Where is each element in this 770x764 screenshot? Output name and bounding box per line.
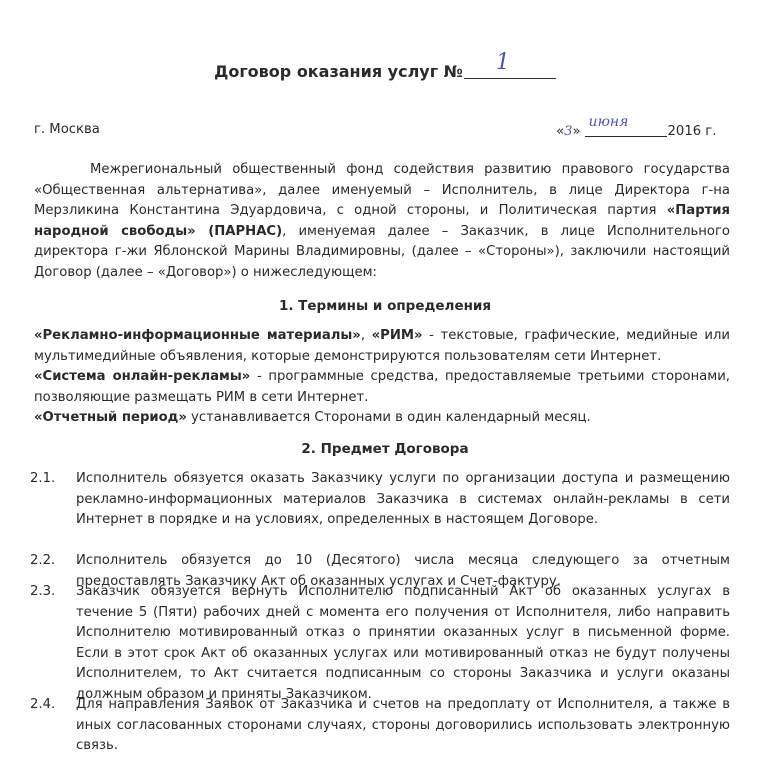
handwritten-month: июня [589,114,629,130]
section-1-heading: 1. Термины и определения [0,298,770,314]
term-separator: , [361,328,372,343]
clause-2-4: 2.4. Для направления Заявок от Заказчика… [30,695,730,757]
date-open-quote: « [556,124,564,139]
clause-text: Заказчик обязуется вернуть Исполнителю п… [76,582,730,705]
definition-ad-system: «Система онлайн-рекламы» - программные с… [34,367,730,408]
document-title: Договор оказания услуг №1 [0,62,770,81]
term-definition: устанавливается Сторонами в один календа… [187,410,591,425]
contract-number-field: 1 [464,62,556,79]
term-label-abbr: «РИМ» [372,328,423,343]
term-label: «Отчетный период» [34,410,187,425]
clause-text: Исполнитель обязуется оказать Заказчику … [76,469,730,531]
term-label: «Рекламно-информационные материалы» [34,328,361,343]
title-text: Договор оказания услуг № [214,62,463,81]
month-field: июня [585,122,667,137]
clause-text: Для направления Заявок от Заказчика и сч… [76,695,730,757]
section-2-heading: 2. Предмет Договора [0,441,770,457]
clause-number: 2.4. [30,695,76,757]
term-label: «Система онлайн-рекламы» [34,369,250,384]
definition-reporting-period: «Отчетный период» устанавливается Сторон… [34,408,730,429]
contract-page: Договор оказания услуг №1 г. Москва «3»и… [0,0,770,764]
preamble-paragraph: Межрегиональный общественный фонд содейс… [34,160,730,283]
handwritten-contract-number: 1 [496,50,510,75]
date-close-quote: » [572,124,580,139]
clause-number: 2.3. [30,582,76,705]
city-label: г. Москва [34,122,100,137]
clause-number: 2.1. [30,469,76,531]
definitions-block: «Рекламно-информационные материалы», «РИ… [34,326,730,429]
date-year: 2016 г. [668,124,717,139]
definition-rim: «Рекламно-информационные материалы», «РИ… [34,326,730,367]
contract-date: «3»июня2016 г. [556,122,716,139]
preamble-text-1: Межрегиональный общественный фонд содейс… [34,162,730,218]
clause-2-3: 2.3. Заказчик обязуется вернуть Исполнит… [30,582,730,705]
clause-2-1: 2.1. Исполнитель обязуется оказать Заказ… [30,469,730,531]
